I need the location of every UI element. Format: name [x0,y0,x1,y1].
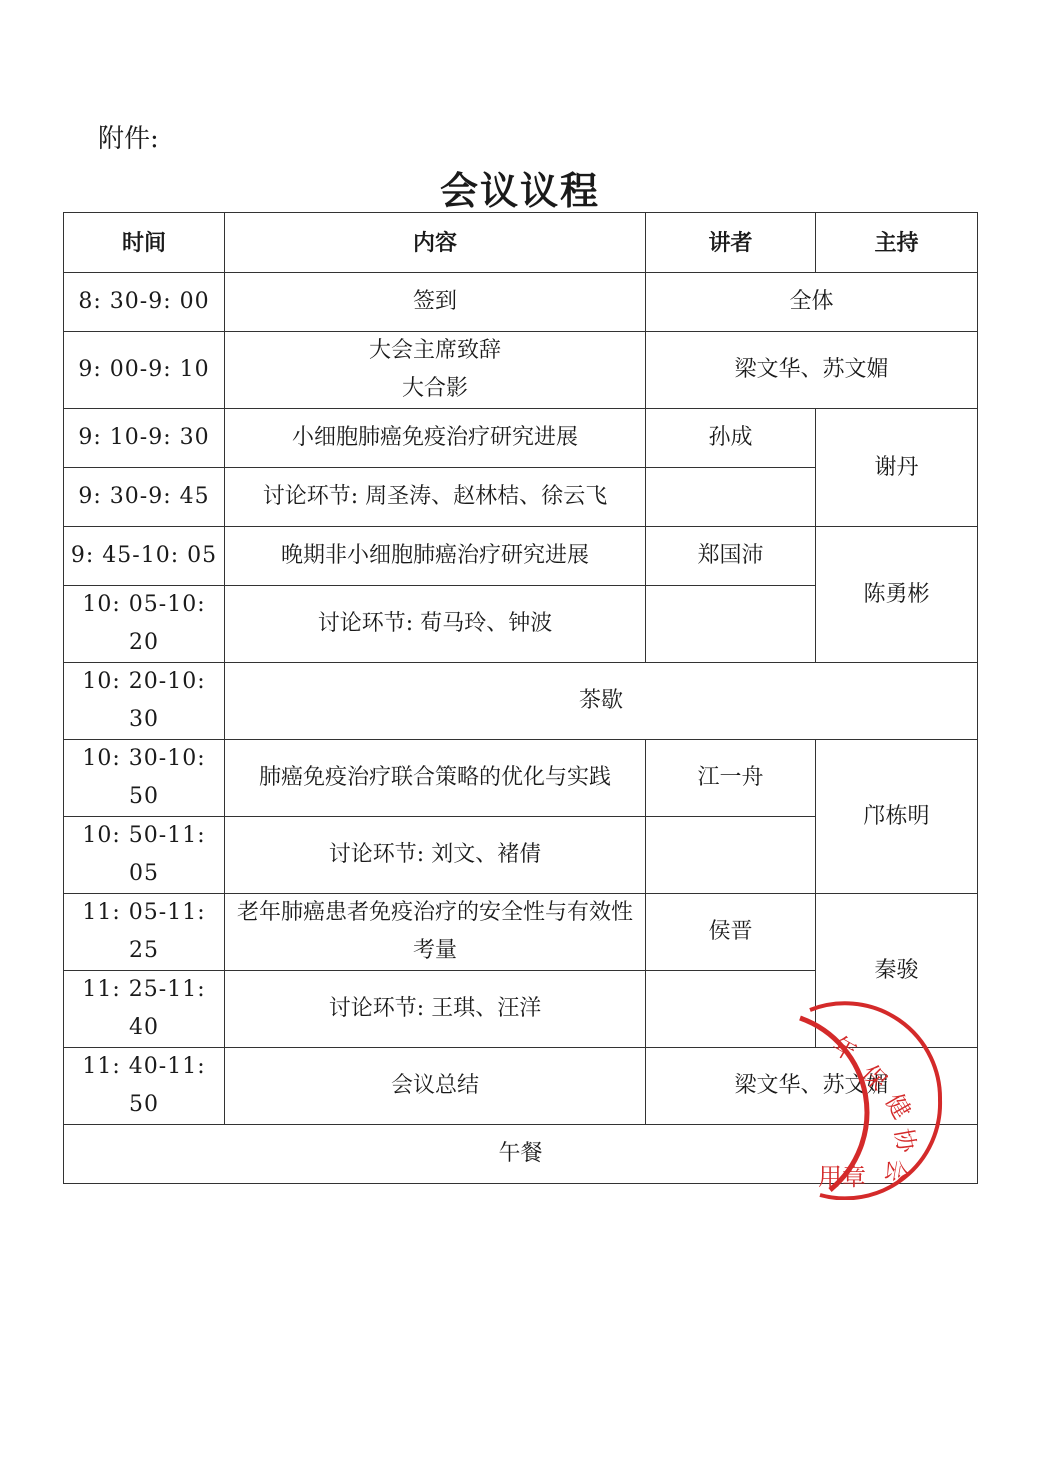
time-cell: 9: 30-9: 45 [64,468,225,527]
content-cell: 讨论环节: 刘文、褚倩 [225,817,646,894]
page-title: 会议议程 [0,160,1040,215]
attachment-label: 附件: [98,118,159,155]
speaker-host-cell: 全体 [646,273,978,332]
time-cell: 9: 10-9: 30 [64,409,225,468]
agenda-table: 时间 内容 讲者 主持 8: 30-9: 00 签到 全体 9: 00-9: 1… [63,212,978,1184]
speaker-cell: 江一舟 [646,740,816,817]
content-cell: 讨论环节: 周圣涛、赵林桔、徐云飞 [225,468,646,527]
header-time: 时间 [64,213,225,273]
table-row: 8: 30-9: 00 签到 全体 [64,273,978,332]
time-cell: 11: 25-11: 40 [64,971,225,1048]
table-row: 9: 10-9: 30 小细胞肺癌免疫治疗研究进展 孙成 谢丹 [64,409,978,468]
speaker-cell: 郑国沛 [646,527,816,586]
content-cell: 老年肺癌患者免疫治疗的安全性与有效性考量 [225,894,646,971]
speaker-host-cell: 梁文华、苏文媚 [646,332,978,409]
content-cell: 晚期非小细胞肺癌治疗研究进展 [225,527,646,586]
table-row: 11: 40-11: 50 会议总结 梁文华、苏文媚 [64,1048,978,1125]
break-cell: 茶歇 [225,663,978,740]
table-row: 11: 05-11: 25 老年肺癌患者免疫治疗的安全性与有效性考量 侯晋 秦骏 [64,894,978,971]
time-cell: 10: 30-10: 50 [64,740,225,817]
time-cell: 9: 00-9: 10 [64,332,225,409]
speaker-cell [646,971,816,1048]
time-cell: 10: 05-10: 20 [64,586,225,663]
content-cell: 讨论环节: 荀马玲、钟波 [225,586,646,663]
table-row: 10: 30-10: 50 肺癌免疫治疗联合策略的优化与实践 江一舟 邝栋明 [64,740,978,817]
time-cell: 9: 45-10: 05 [64,527,225,586]
content-cell: 肺癌免疫治疗联合策略的优化与实践 [225,740,646,817]
content-cell: 小细胞肺癌免疫治疗研究进展 [225,409,646,468]
header-host: 主持 [816,213,978,273]
time-cell: 8: 30-9: 00 [64,273,225,332]
speaker-cell: 孙成 [646,409,816,468]
content-line: 大合影 [231,370,639,408]
speaker-cell [646,468,816,527]
time-cell: 10: 50-11: 05 [64,817,225,894]
table-row: 10: 20-10: 30 茶歇 [64,663,978,740]
host-cell: 陈勇彬 [816,527,978,663]
header-speaker: 讲者 [646,213,816,273]
time-cell: 10: 20-10: 30 [64,663,225,740]
content-cell: 讨论环节: 王琪、汪洋 [225,971,646,1048]
time-cell: 11: 40-11: 50 [64,1048,225,1125]
table-row: 9: 00-9: 10 大会主席致辞 大合影 梁文华、苏文媚 [64,332,978,409]
speaker-host-cell: 梁文华、苏文媚 [646,1048,978,1125]
lunch-cell: 午餐 [64,1125,978,1184]
host-cell: 邝栋明 [816,740,978,894]
time-cell: 11: 05-11: 25 [64,894,225,971]
table-header-row: 时间 内容 讲者 主持 [64,213,978,273]
host-cell: 秦骏 [816,894,978,1048]
content-cell: 会议总结 [225,1048,646,1125]
speaker-cell [646,817,816,894]
speaker-cell: 侯晋 [646,894,816,971]
content-cell: 签到 [225,273,646,332]
table-row: 9: 45-10: 05 晚期非小细胞肺癌治疗研究进展 郑国沛 陈勇彬 [64,527,978,586]
host-cell: 谢丹 [816,409,978,527]
speaker-cell [646,586,816,663]
table-row: 午餐 [64,1125,978,1184]
header-content: 内容 [225,213,646,273]
content-line: 大会主席致辞 [231,332,639,370]
content-cell: 大会主席致辞 大合影 [225,332,646,409]
